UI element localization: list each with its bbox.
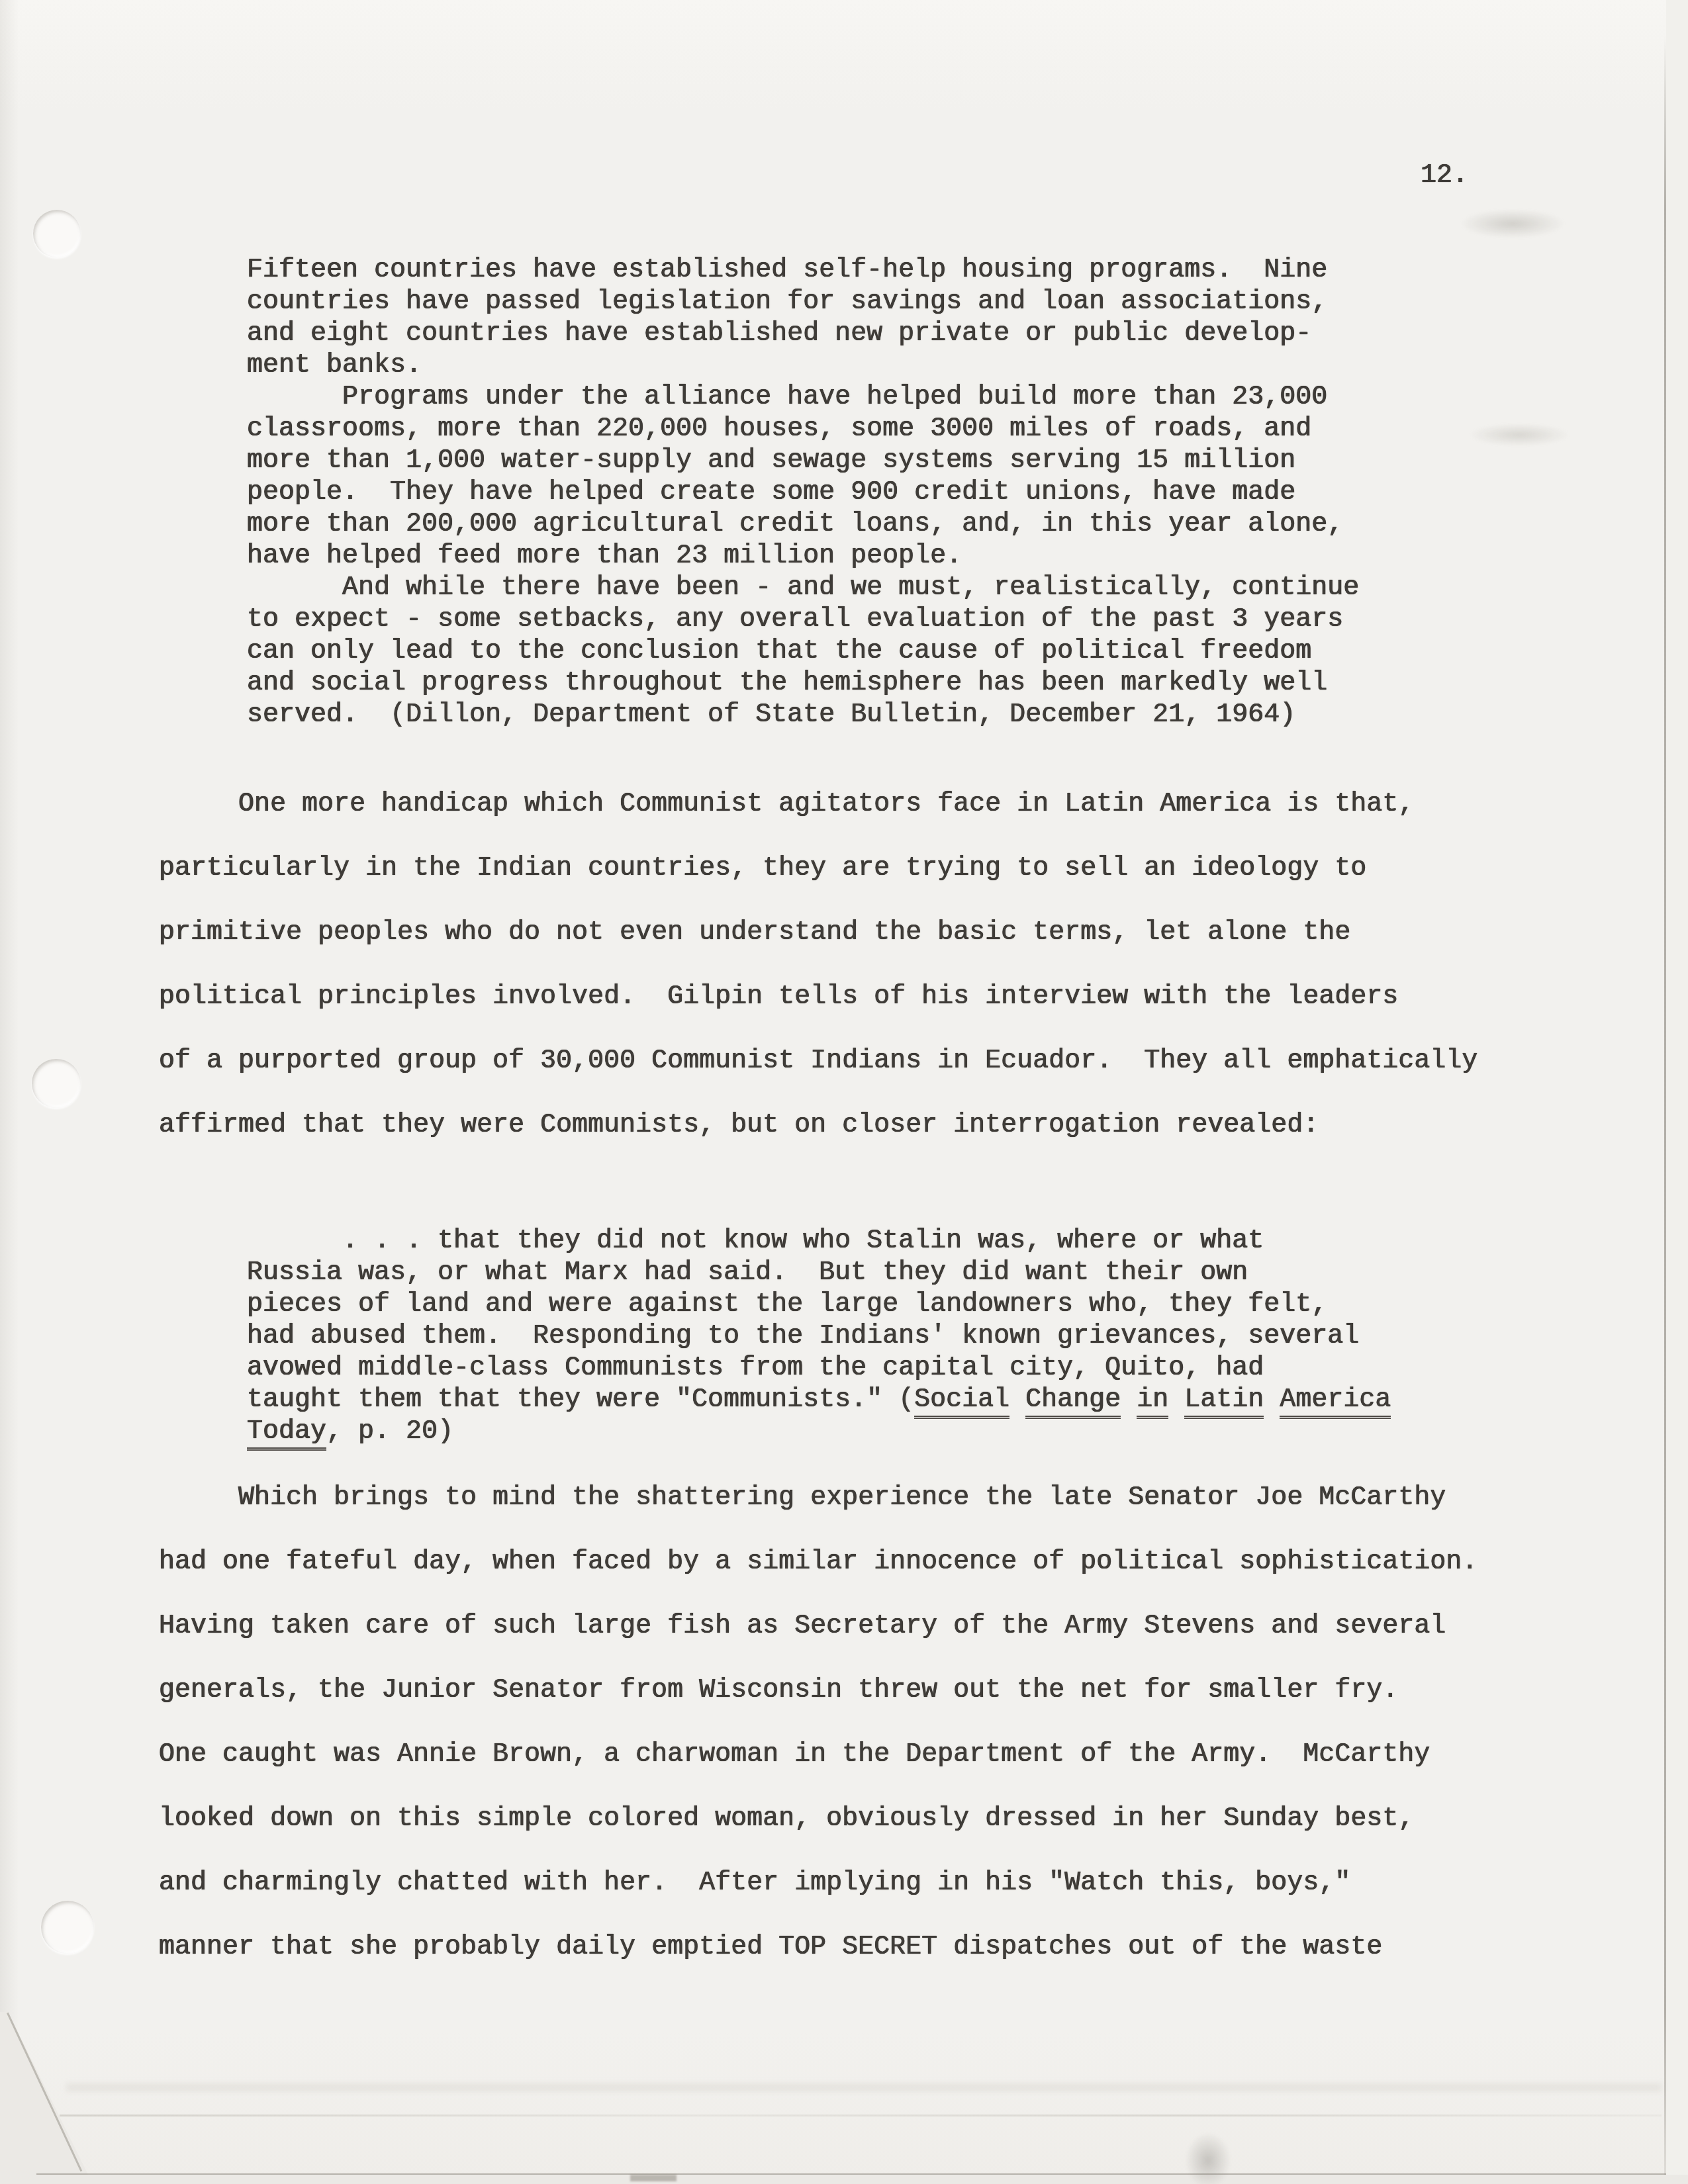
- text-line: manner that she probably daily emptied T…: [159, 1915, 1575, 1979]
- text-line: Which brings to mind the shattering expe…: [159, 1466, 1575, 1530]
- text-line: And while there have been - and we must,…: [247, 572, 1575, 604]
- punch-hole-middle: [32, 1059, 81, 1108]
- document-blocks: Fifteen countries have established self-…: [159, 0, 1575, 1979]
- block-quote: . . . that they did not know who Stalin …: [247, 1226, 1575, 1448]
- text-line: can only lead to the conclusion that the…: [247, 636, 1575, 668]
- underlined-text: Latin: [1184, 1385, 1264, 1419]
- underlined-text: America: [1280, 1385, 1391, 1419]
- text-line: ment banks.: [247, 350, 1575, 382]
- underlined-text: Change: [1025, 1385, 1121, 1419]
- text-line: particularly in the Indian countries, th…: [159, 837, 1575, 901]
- text-line: more than 1,000 water-supply and sewage …: [247, 445, 1575, 477]
- underlined-text: Social: [914, 1385, 1009, 1419]
- scan-crease-line: [60, 2115, 1662, 2116]
- text-segment: [1121, 1385, 1137, 1415]
- text-segment: [1264, 1385, 1280, 1415]
- text-line: Having taken care of such large fish as …: [159, 1594, 1575, 1659]
- text-line: political principles involved. Gilpin te…: [159, 965, 1575, 1029]
- body-paragraph: Which brings to mind the shattering expe…: [159, 1466, 1575, 1979]
- text-line: taught them that they were "Communists."…: [247, 1385, 1575, 1416]
- text-segment: , p. 20): [326, 1417, 453, 1447]
- text-line: Russia was, or what Marx had said. But t…: [247, 1257, 1575, 1289]
- text-line: to expect - some setbacks, any overall e…: [247, 604, 1575, 636]
- punch-hole-top: [33, 210, 81, 257]
- page-right-edge: [1664, 36, 1666, 2181]
- text-segment: taught them that they were "Communists."…: [247, 1385, 914, 1415]
- text-line: looked down on this simple colored woman…: [159, 1787, 1575, 1851]
- scan-crease-band: [66, 2083, 1662, 2091]
- text-line: served. (Dillon, Department of State Bul…: [247, 700, 1575, 731]
- text-line: of a purported group of 30,000 Communist…: [159, 1029, 1575, 1093]
- text-line: and charmingly chatted with her. After i…: [159, 1851, 1575, 1915]
- text-line: One more handicap which Communist agitat…: [159, 772, 1575, 837]
- text-line: Programs under the alliance have helped …: [247, 382, 1575, 414]
- text-segment: [1168, 1385, 1184, 1415]
- text-line: Fifteen countries have established self-…: [247, 255, 1575, 287]
- text-line: affirmed that they were Communists, but …: [159, 1093, 1575, 1158]
- underlined-text: Today: [247, 1417, 326, 1451]
- text-line: classrooms, more than 220,000 houses, so…: [247, 414, 1575, 445]
- text-line: people. They have helped create some 900…: [247, 477, 1575, 509]
- scanned-document-page: 12. Fifteen countries have established s…: [0, 0, 1688, 2184]
- scan-background-strip: [1666, 0, 1688, 2184]
- text-line: and eight countries have established new…: [247, 318, 1575, 350]
- punch-hole-bottom: [41, 1901, 94, 1954]
- text-line: had abused them. Responding to the India…: [247, 1321, 1575, 1353]
- text-line: . . . that they did not know who Stalin …: [247, 1226, 1575, 1257]
- text-line: have helped feed more than 23 million pe…: [247, 541, 1575, 572]
- text-line: had one fateful day, when faced by a sim…: [159, 1530, 1575, 1594]
- underlined-text: in: [1137, 1385, 1168, 1419]
- scan-below-page-strip: [0, 2175, 1688, 2184]
- text-line: avowed middle-class Communists from the …: [247, 1353, 1575, 1385]
- text-line: countries have passed legislation for sa…: [247, 287, 1575, 318]
- text-line: generals, the Junior Senator from Wiscon…: [159, 1659, 1575, 1723]
- text-line: Today, p. 20): [247, 1416, 1575, 1448]
- text-line: and social progress throughout the hemis…: [247, 668, 1575, 700]
- text-line: primitive peoples who do not even unders…: [159, 901, 1575, 965]
- text-line: pieces of land and were against the larg…: [247, 1289, 1575, 1321]
- body-paragraph: One more handicap which Communist agitat…: [159, 772, 1575, 1158]
- text-line: One caught was Annie Brown, a charwoman …: [159, 1723, 1575, 1787]
- text-segment: [1009, 1385, 1025, 1415]
- block-quote: Fifteen countries have established self-…: [247, 255, 1575, 731]
- text-line: more than 200,000 agricultural credit lo…: [247, 509, 1575, 541]
